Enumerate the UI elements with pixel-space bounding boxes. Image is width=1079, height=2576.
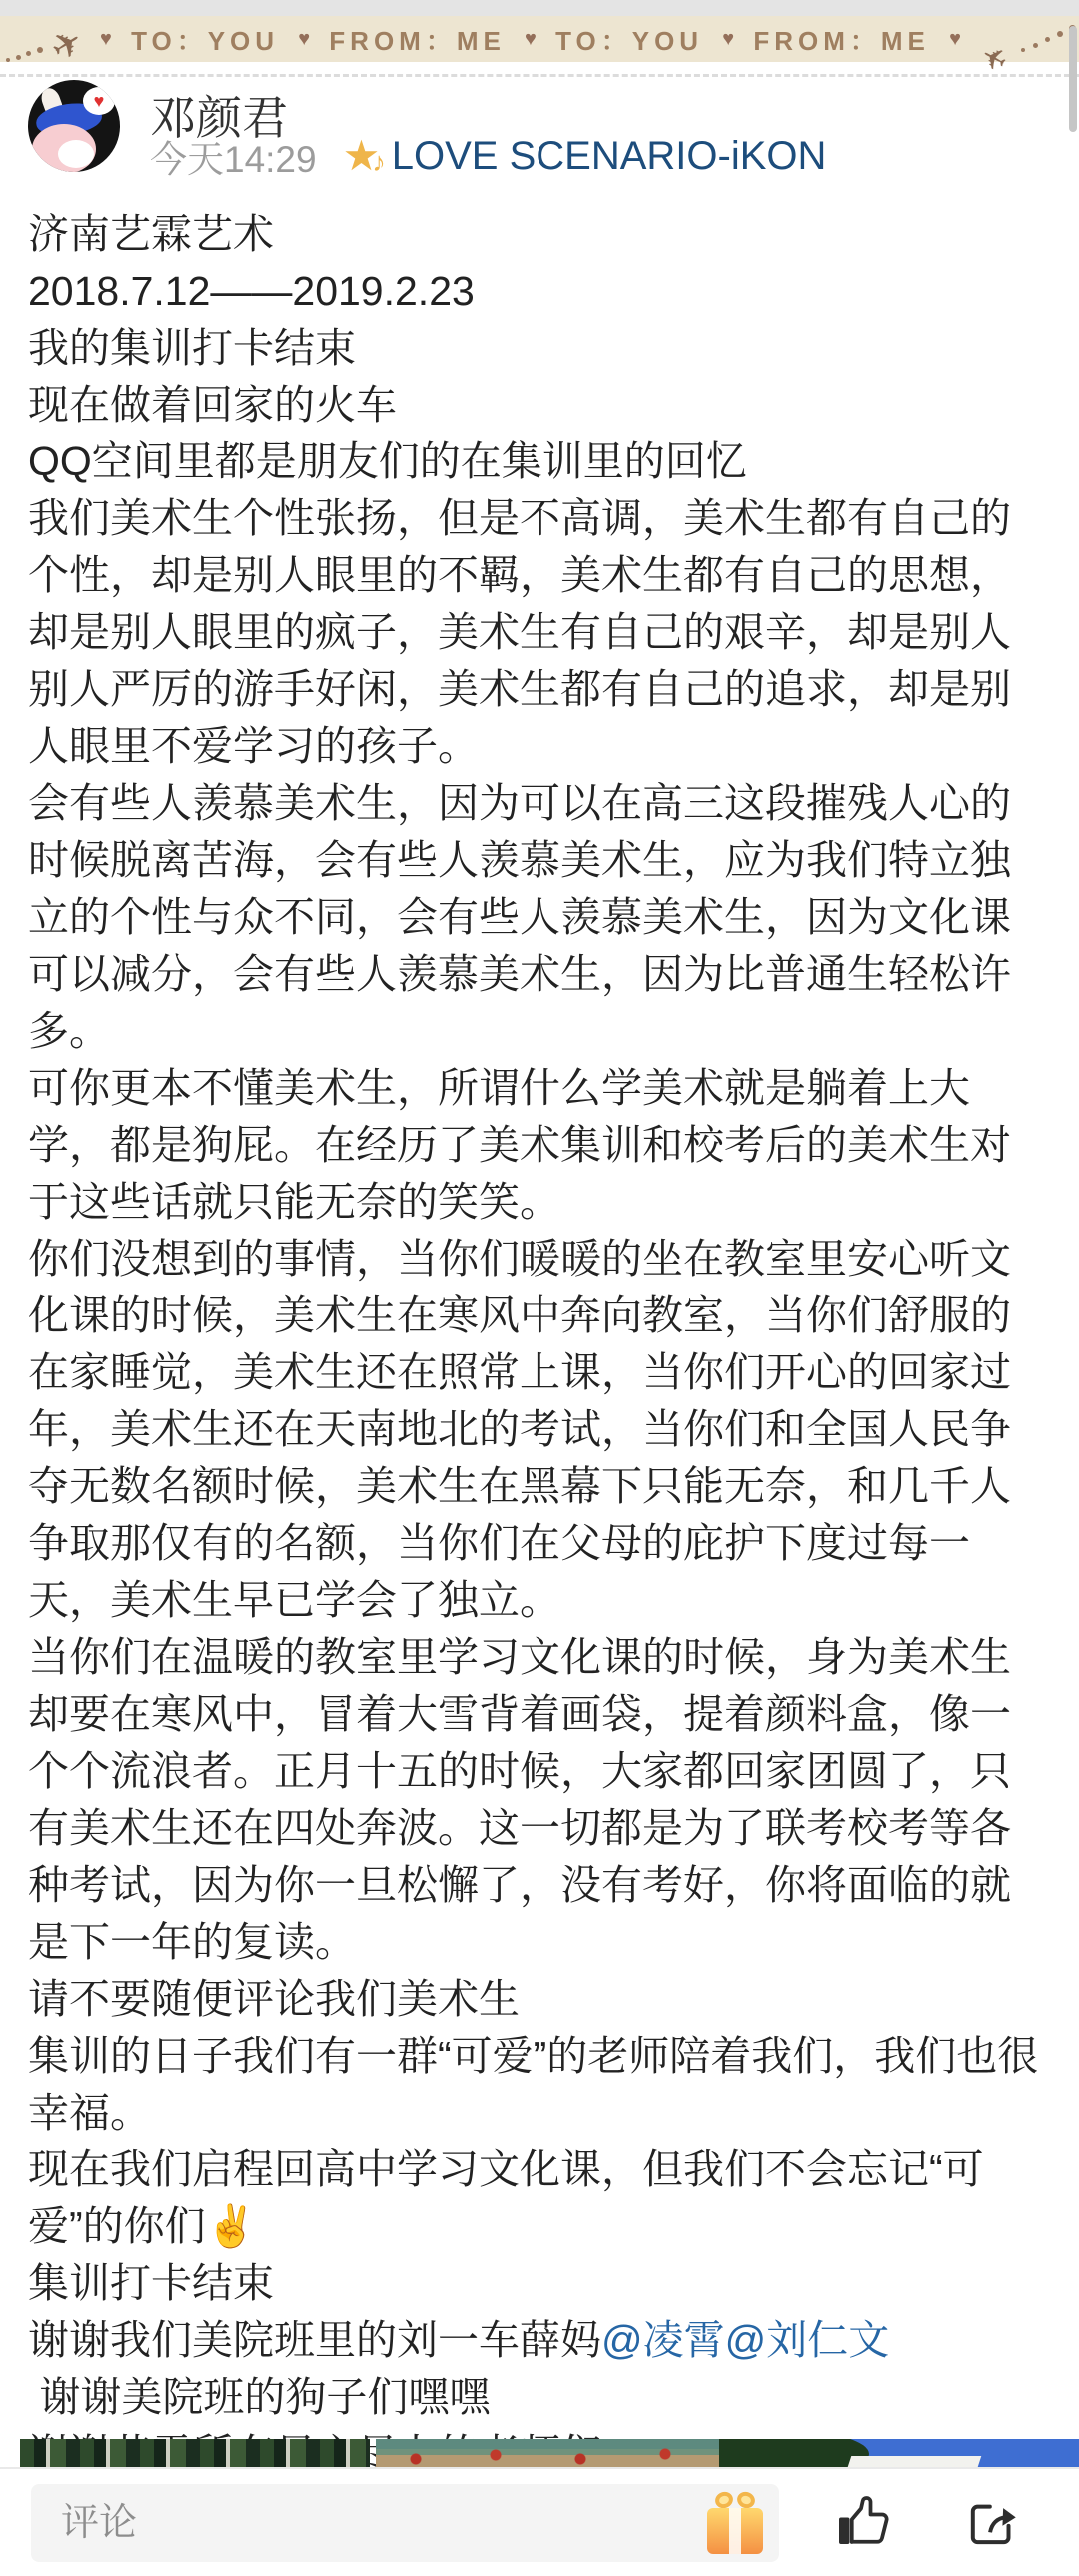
post-time: 今天14:29 (150, 129, 317, 183)
photo-grid (0, 2439, 1079, 2467)
trail-dot (1033, 43, 1038, 48)
banner-to-you-label: TO：YOU (131, 21, 279, 58)
trail-dot (1021, 48, 1025, 52)
trail-dot (1045, 37, 1050, 42)
banner-from-me-label: FROM：ME (329, 21, 506, 58)
banner-to-you-label: TO：YOU (555, 21, 703, 58)
thanks-text: 谢谢我们美院班里的刘一车薛妈 (28, 2317, 601, 2363)
post-paragraph: 可你更本不懂美术生，所谓什么学美术就是躺着上大学，都是狗屁。在经历了美术集训和校… (28, 1060, 1051, 1231)
status-bar-strip (0, 0, 1079, 16)
photo-thumbnail-forest[interactable] (20, 2439, 370, 2467)
music-note-icon: ♪ (372, 147, 386, 177)
comment-bar: 评论 (0, 2467, 1079, 2576)
qzone-post-screen: ✈ ♥ TO：YOU ♥ FROM：ME ♥ TO：YOU ♥ FROM：ME … (0, 0, 1079, 2576)
banner-text-row: ♥ TO：YOU ♥ FROM：ME ♥ TO：YOU ♥ FROM：ME ♥ (100, 16, 961, 62)
post-paragraph: 现在我们启程回高中学习文化课，但我们不会忘记“可爱”的你们✌ (28, 2142, 1051, 2255)
post-paragraph: 集训的日子我们有一群“可爱”的老师陪着我们，我们也很幸福。 (28, 2028, 1051, 2142)
photo-thumbnail-beach[interactable] (376, 2439, 725, 2467)
stitched-divider (0, 74, 1079, 77)
theme-banner: ✈ ♥ TO：YOU ♥ FROM：ME ♥ TO：YOU ♥ FROM：ME … (0, 16, 1079, 62)
trail-dot (37, 47, 43, 53)
heart-icon: ♥ (722, 28, 734, 51)
heart-icon: ♥ (298, 28, 310, 51)
photo-thumbnail-building[interactable] (731, 2439, 1079, 2467)
post-paragraph: 集训打卡结束 (28, 2255, 1051, 2312)
avatar-snout-shape (58, 140, 94, 168)
roof-shape (847, 2456, 982, 2467)
share-button[interactable] (961, 2495, 1021, 2559)
heart-bubble-icon: ♥ (83, 87, 115, 115)
thumbs-up-icon (833, 2491, 893, 2555)
heart-icon: ♥ (100, 28, 112, 51)
comment-input[interactable]: 评论 (31, 2484, 779, 2562)
scrollbar-thumb[interactable] (1069, 26, 1077, 132)
post-paragraph: 现在做着回家的火车 (28, 377, 1051, 433)
gift-icon[interactable] (707, 2492, 763, 2554)
post-paragraph: QQ空间里都是朋友们的在集训里的回忆 (28, 433, 1051, 490)
post-body: 济南艺霖艺术 2018.7.12——2019.2.23 我的集训打卡结束 现在做… (0, 206, 1079, 2540)
share-icon (961, 2495, 1021, 2551)
mention-link[interactable]: @凌霄@刘仁文 (601, 2317, 889, 2363)
music-link[interactable]: LOVE SCENARIO-iKON (392, 134, 827, 179)
music-star-icon: ★ ♪ (343, 135, 386, 177)
tree-shape (719, 2439, 869, 2467)
trail-dot (26, 51, 31, 56)
comment-placeholder: 评论 (61, 2484, 137, 2562)
post-paragraph: 谢谢美院班的狗子们嘿嘿 (28, 2369, 1051, 2426)
airplane-icon: ✈ (43, 19, 91, 71)
trail-dot (16, 55, 21, 60)
post-paragraph: 2018.7.12——2019.2.23 (28, 263, 1051, 320)
post-paragraph: 你们没想到的事情，当你们暖暖的坐在教室里安心听文化课的时候，美术生在寒风中奔向教… (28, 1231, 1051, 1629)
post-paragraph: 会有些人羡慕美术生，因为可以在高三这段摧残人心的时候脱离苦海，会有些人羡慕美术生… (28, 775, 1051, 1060)
like-button[interactable] (833, 2491, 893, 2555)
post-meta-row: 今天14:29 ★ ♪ LOVE SCENARIO-iKON (150, 132, 826, 180)
avatar[interactable]: ♥ (28, 80, 120, 172)
post-paragraph: 谢谢我们美院班里的刘一车薛妈@凌霄@刘仁文 (28, 2312, 1051, 2369)
post-paragraph: 请不要随便评论我们美术生 (28, 1971, 1051, 2028)
trail-dot (6, 58, 10, 62)
post-paragraph: 当你们在温暖的教室里学习文化课的时候，身为美术生却要在寒风中，冒着大雪背着画袋，… (28, 1629, 1051, 1971)
trail-dot (1057, 31, 1063, 37)
farewell-text: 现在我们启程回高中学习文化课，但我们不会忘记“可爱”的你们 (28, 2147, 984, 2249)
heart-icon: ♥ (525, 28, 537, 51)
post-paragraph: 我们美术生个性张扬，但是不高调，美术生都有自己的个性，却是别人眼里的不羁，美术生… (28, 490, 1051, 775)
post-paragraph: 我的集训打卡结束 (28, 320, 1051, 377)
gift-ribbon-shape (729, 2508, 741, 2554)
heart-icon: ♥ (949, 28, 961, 51)
post-paragraph: 济南艺霖艺术 (28, 206, 1051, 263)
victory-hand-emoji: ✌ (206, 2203, 257, 2249)
banner-from-me-label: FROM：ME (753, 21, 930, 58)
